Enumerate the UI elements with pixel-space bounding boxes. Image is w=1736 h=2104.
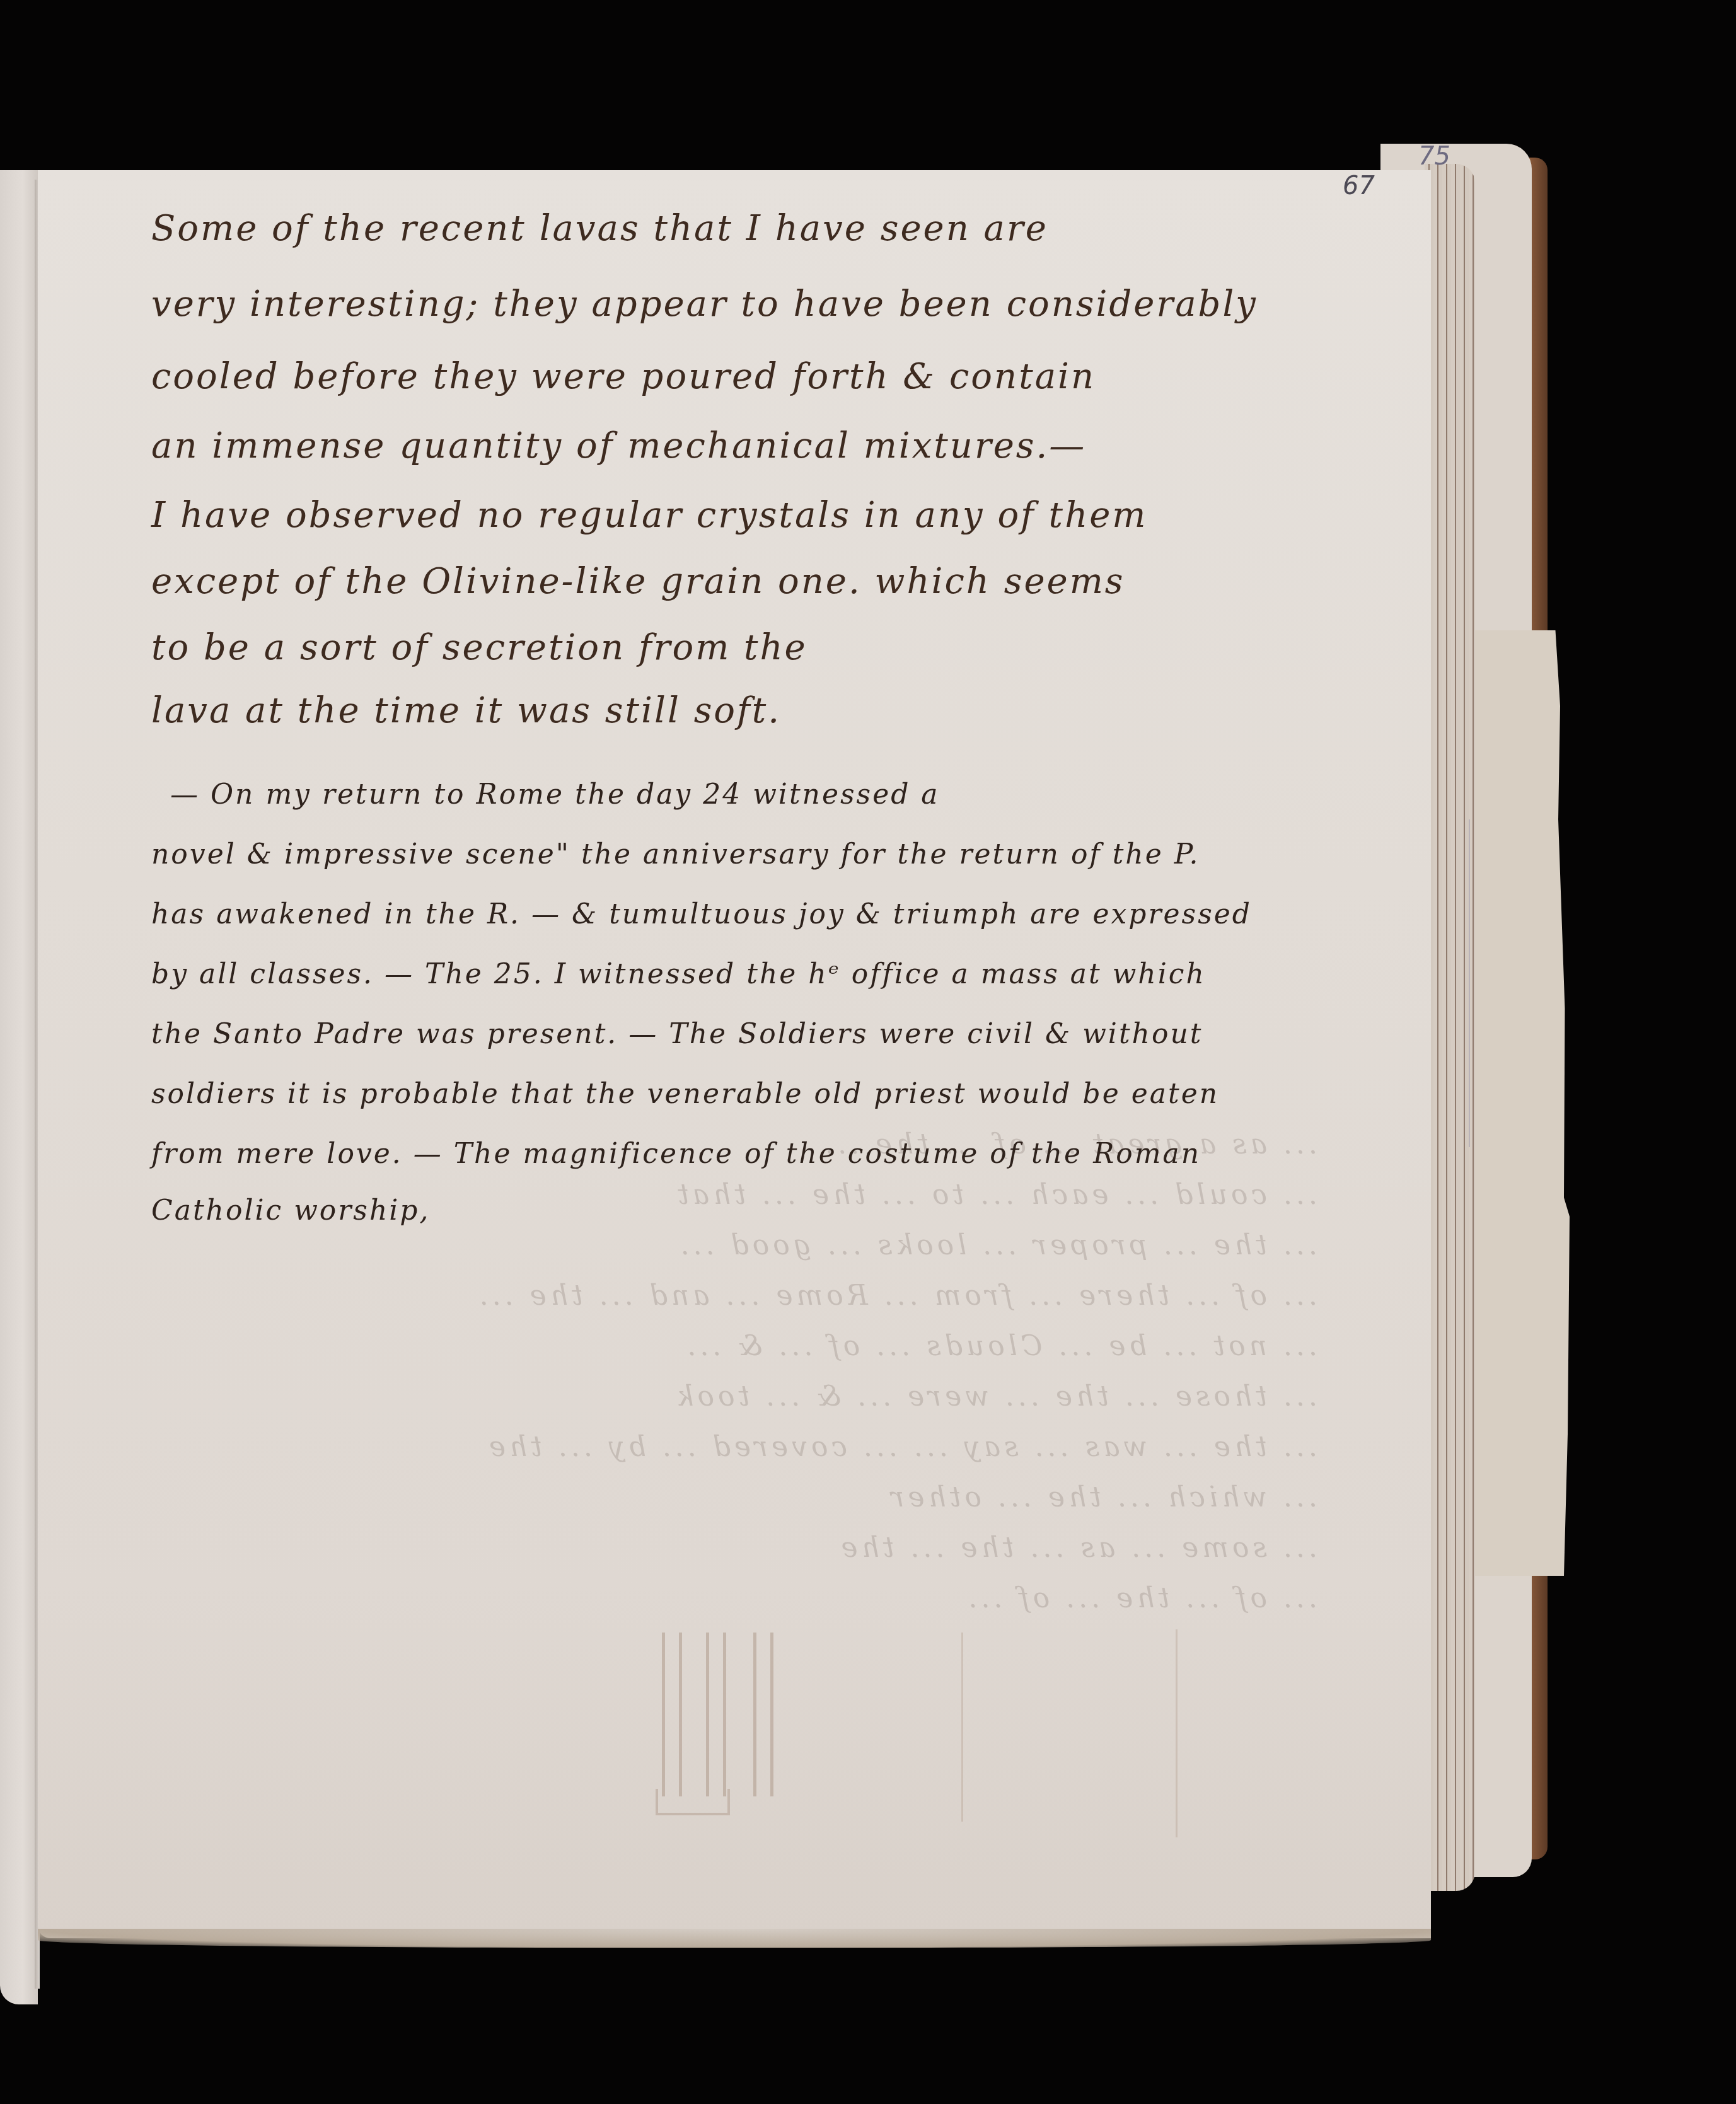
handwritten-line: Some of the recent lavas that I have see…	[151, 208, 1048, 249]
bleed-through-line: ... the ... proper ... looks ... good ..…	[151, 1229, 1317, 1261]
page-number-secondary: 75	[1418, 142, 1450, 171]
column-shape	[753, 1633, 773, 1796]
handwritten-line: very interesting; they appear to have be…	[151, 284, 1258, 325]
handwritten-line: an immense quantity of mechanical mixtur…	[151, 425, 1086, 466]
column-sketch	[656, 1633, 819, 1815]
faded-vertical-line	[961, 1633, 963, 1822]
facing-left-page	[0, 170, 38, 2004]
handwritten-line: has awakened in the R. — & tumultuous jo…	[151, 898, 1252, 930]
handwritten-line: the Santo Padre was present. — The Soldi…	[151, 1018, 1203, 1050]
bleed-through-line: ... the ... was ... say ... ... covered …	[151, 1431, 1317, 1463]
column-shape	[706, 1633, 726, 1796]
handwritten-line: novel & impressive scene" the anniversar…	[151, 838, 1200, 870]
handwritten-line: Catholic worship,	[151, 1194, 431, 1227]
bleed-through-line: ... of ... there ... from ... Rome ... a…	[151, 1280, 1317, 1312]
faded-vertical-line	[1176, 1629, 1178, 1837]
bleed-through-line: ... which ... the ... other	[151, 1481, 1317, 1513]
handwritten-line: except of the Olivine-like grain one. wh…	[151, 561, 1125, 602]
handwritten-line: to be a sort of secretion from the	[151, 627, 807, 668]
bleed-through-line: ... of ... the ... of ...	[151, 1582, 1317, 1614]
handwritten-line: by all classes. — The 25. I witnessed th…	[151, 958, 1206, 990]
bleed-through-line: ... some ... as ... the ... the	[151, 1532, 1317, 1564]
bleed-through-line: ... not ... be ... Clouds ... of ... & .…	[151, 1330, 1317, 1362]
bleed-through-line: ... those ... the ... were ... & ... too…	[151, 1380, 1317, 1413]
handwritten-line: cooled before they were poured forth & c…	[151, 356, 1096, 397]
column-shape	[662, 1633, 682, 1796]
page-number: 67	[1343, 171, 1375, 200]
page-stack-edges	[1425, 164, 1475, 1891]
handwritten-line: — On my return to Rome the day 24 witnes…	[170, 778, 940, 811]
column-base	[656, 1789, 730, 1815]
handwritten-line: I have observed no regular crystals in a…	[151, 495, 1147, 536]
pencil-marks	[1469, 819, 1546, 1147]
page-bottom-edge	[38, 1929, 1431, 1948]
handwritten-line: from mere love. — The magnificence of th…	[151, 1138, 1201, 1170]
handwritten-line: soldiers it is probable that the venerab…	[151, 1078, 1219, 1110]
handwritten-line: lava at the time it was still soft.	[151, 690, 781, 731]
